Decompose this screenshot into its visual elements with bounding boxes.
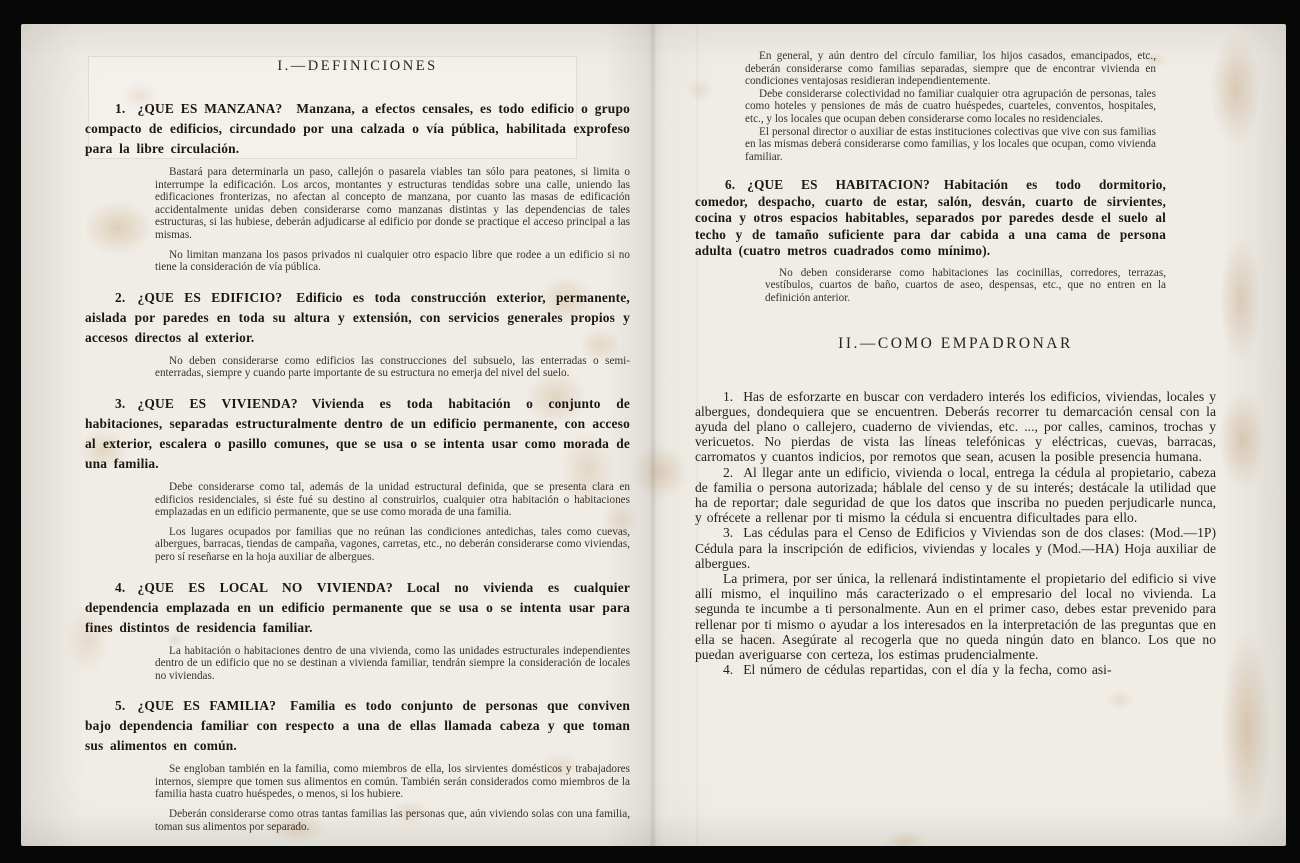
question-text: ¿QUE ES HABITACION?: [747, 177, 930, 192]
instruction-paragraph-5: 4.El número de cédulas repartidas, con e…: [695, 662, 1216, 677]
definition-heading: 4.¿QUE ES LOCAL NO VIVIENDA?Local no viv…: [85, 578, 630, 638]
definition-note: Los lugares ocupados por familias que no…: [155, 526, 630, 564]
definition-note: Deberán considerarse como otras tantas f…: [155, 808, 630, 833]
section-title-como-empadronar: II.—COMO EMPADRONAR: [695, 335, 1216, 353]
center-fold: [649, 24, 657, 846]
paragraph-text: La primera, por ser única, la rellenará …: [695, 571, 1216, 662]
definition-item-6: 6.¿QUE ES HABITACION?Habitación es todo …: [695, 177, 1216, 304]
instruction-paragraph-1: 1.Has de esforzarte en buscar con verdad…: [695, 389, 1216, 465]
paragraph-text: Has de esforzarte en buscar con verdader…: [695, 389, 1216, 465]
question-text: ¿QUE ES MANZANA?: [137, 101, 282, 116]
paragraph-number: 3.: [723, 525, 733, 540]
question-text: ¿QUE ES LOCAL NO VIVIENDA?: [137, 580, 393, 595]
definition-heading: 1.¿QUE ES MANZANA?Manzana, a efectos cen…: [85, 99, 630, 159]
definition-item-2: 2.¿QUE ES EDIFICIO?Edificio es toda cons…: [85, 288, 630, 380]
scanned-document: I.—DEFINICIONES 1.¿QUE ES MANZANA?Manzan…: [0, 0, 1300, 863]
definition-note: Se engloban también en la familia, como …: [155, 763, 630, 801]
question-text: ¿QUE ES EDIFICIO?: [137, 290, 282, 305]
paragraph-text: Las cédulas para el Censo de Edificios y…: [695, 525, 1216, 570]
page-right: En general, y aún dentro del círculo fam…: [695, 50, 1216, 677]
definition-note: Debe considerarse como tal, además de la…: [155, 481, 630, 519]
continuation-note: Debe considerarse colectividad no famili…: [745, 88, 1156, 126]
continuation-note: En general, y aún dentro del círculo fam…: [745, 50, 1156, 88]
definition-note: La habitación o habitaciones dentro de u…: [155, 645, 630, 683]
definition-heading: 6.¿QUE ES HABITACION?Habitación es todo …: [695, 177, 1166, 260]
definition-item-1: 1.¿QUE ES MANZANA?Manzana, a efectos cen…: [85, 99, 630, 274]
continuation-note: El personal director o auxiliar de estas…: [745, 126, 1156, 164]
definition-heading: 2.¿QUE ES EDIFICIO?Edificio es toda cons…: [85, 288, 630, 348]
definition-heading: 3.¿QUE ES VIVIENDA?Vivienda es toda habi…: [85, 394, 630, 474]
paragraph-text: El número de cédulas repartidas, con el …: [743, 662, 1111, 677]
page-left: I.—DEFINICIONES 1.¿QUE ES MANZANA?Manzan…: [85, 58, 630, 833]
item-number: 5.: [115, 698, 125, 713]
item-number: 1.: [115, 101, 125, 116]
definition-note: No limitan manzana los pasos privados ni…: [155, 249, 630, 274]
definition-note: Bastará para determinarla un paso, calle…: [155, 166, 630, 242]
paragraph-number: 2.: [723, 465, 733, 480]
paragraph-number: 1.: [723, 389, 733, 404]
item-number: 4.: [115, 580, 125, 595]
paragraph-number: 4.: [723, 662, 733, 677]
section-title-definiciones: I.—DEFINICIONES: [85, 58, 630, 75]
paragraph-text: Al llegar ante un edificio, vivienda o l…: [695, 465, 1216, 526]
item-number: 3.: [115, 396, 125, 411]
definition-item-4: 4.¿QUE ES LOCAL NO VIVIENDA?Local no viv…: [85, 578, 630, 683]
definition-item-5: 5.¿QUE ES FAMILIA?Familia es todo conjun…: [85, 696, 630, 833]
instruction-paragraph-4: La primera, por ser única, la rellenará …: [695, 571, 1216, 662]
definition-note: No deben considerarse como edificios las…: [155, 355, 630, 380]
instruction-paragraph-2: 2.Al llegar ante un edificio, vivienda o…: [695, 465, 1216, 526]
definition-item-3: 3.¿QUE ES VIVIENDA?Vivienda es toda habi…: [85, 394, 630, 564]
item-number: 6.: [725, 177, 735, 192]
question-text: ¿QUE ES VIVIENDA?: [137, 396, 297, 411]
definition-note: No deben considerarse como habitaciones …: [765, 267, 1166, 305]
item-number: 2.: [115, 290, 125, 305]
question-text: ¿QUE ES FAMILIA?: [137, 698, 276, 713]
instruction-paragraph-3: 3.Las cédulas para el Censo de Edificios…: [695, 525, 1216, 571]
definition-heading: 5.¿QUE ES FAMILIA?Familia es todo conjun…: [85, 696, 630, 756]
